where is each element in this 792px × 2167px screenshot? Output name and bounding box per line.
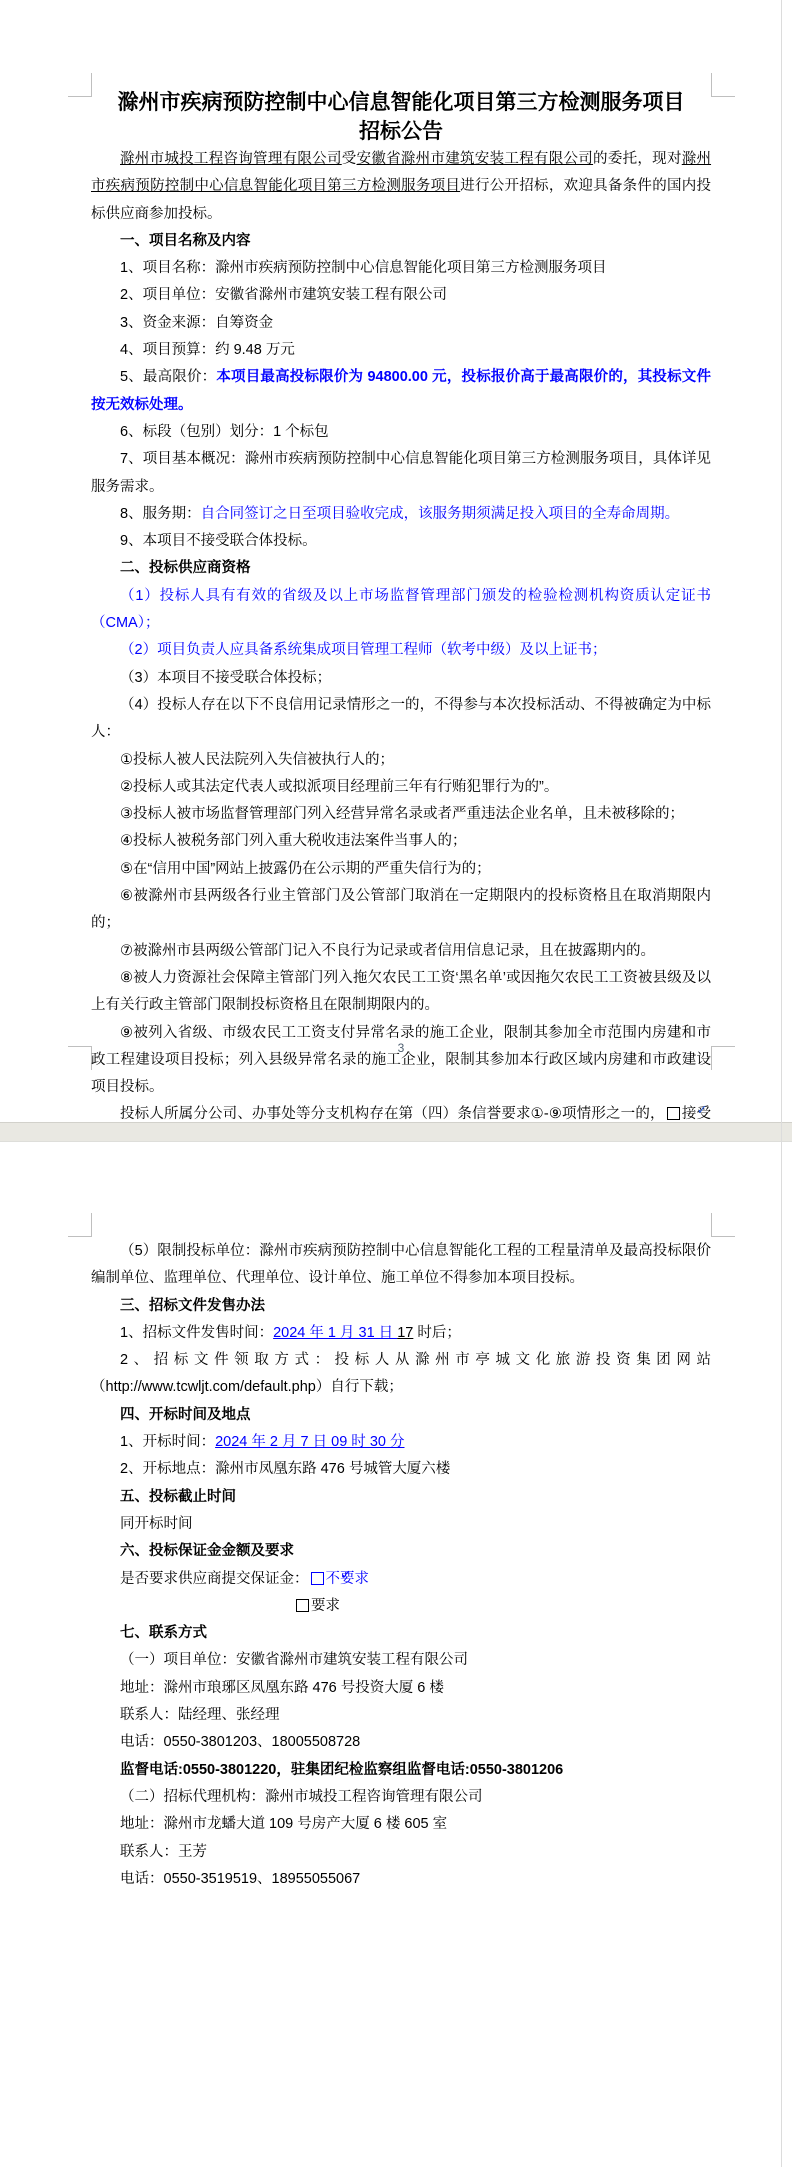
text-run: 2024 年 2 月 7 日 09 时 30 分 bbox=[215, 1434, 404, 1450]
page-2-body: （5）限制投标单位：滁州市疾病预防控制中心信息智能化工程的工程量清单及最高投标限… bbox=[91, 1238, 711, 1893]
paragraph: 要求 bbox=[91, 1593, 711, 1620]
text-run: 2、项目单位：安徽省滁州市建筑安装工程有限公司 bbox=[120, 287, 447, 303]
section-heading: 二、投标供应商资格 bbox=[91, 555, 711, 582]
text-run: 7、项目基本概况：滁州市疾病预防控制中心信息智能化项目第三方检测服务项目，具体详… bbox=[91, 451, 711, 494]
section-heading: 五、投标截止时间 bbox=[91, 1484, 711, 1511]
text-run: 2024 年 1 月 31 日 bbox=[273, 1325, 397, 1341]
paragraph: ③投标人被市场监督管理部门列入经营异常名录或者严重违法企业名单，且未被移除的； bbox=[91, 801, 711, 828]
text-run: 地址：滁州市龙蟠大道 109 号房产大厦 6 楼 605 室 bbox=[120, 1816, 447, 1832]
text-run: ⑥被滁州市县两级各行业主管部门及公管部门取消在一定期限内的投标资格且在取消期限内… bbox=[91, 888, 711, 931]
paragraph: ⑥被滁州市县两级各行业主管部门及公管部门取消在一定期限内的投标资格且在取消期限内… bbox=[91, 883, 711, 938]
paragraph: ④投标人被税务部门列入重大税收违法案件当事人的； bbox=[91, 828, 711, 855]
paragraph: 3、资金来源：自筹资金 bbox=[91, 310, 711, 337]
paragraph: （5）限制投标单位：滁州市疾病预防控制中心信息智能化工程的工程量清单及最高投标限… bbox=[91, 1238, 711, 1293]
text-run: 3、资金来源：自筹资金 bbox=[120, 315, 273, 331]
text-run: ①投标人被人民法院列入失信被执行人的； bbox=[120, 752, 394, 768]
paragraph: 6、标段（包别）划分：1 个标包 bbox=[91, 419, 711, 446]
text-run: ⑨被列入省级、市级农民工工资支付异常名录的施工企业，限制其参加全市范围内房建和市… bbox=[91, 1025, 711, 1096]
page-2-text-area: （5）限制投标单位：滁州市疾病预防控制中心信息智能化工程的工程量清单及最高投标限… bbox=[91, 1238, 711, 1893]
section-heading: 七、联系方式 bbox=[91, 1620, 711, 1647]
text-run: 七、联系方式 bbox=[120, 1625, 207, 1641]
checkbox-checked[interactable]: ✓ bbox=[667, 1107, 680, 1120]
section-heading: 四、开标时间及地点 bbox=[91, 1402, 711, 1429]
text-run: ⑦被滁州市县两级公管部门记入不良行为记录或者信用信息记录，且在披露期内的。 bbox=[120, 943, 655, 959]
paragraph: 9、本项目不接受联合体投标。 bbox=[91, 528, 711, 555]
paragraph: 滁州市城投工程咨询管理有限公司受安徽省滁州市建筑安装工程有限公司的委托，现对滁州… bbox=[91, 146, 711, 228]
text-run: 同开标时间 bbox=[120, 1516, 193, 1532]
text-run: 投标人所属分公司、办事处等分支机构存在第（四）条信誉要求①-⑨项情形之一的， bbox=[120, 1106, 665, 1122]
checkbox-unchecked[interactable] bbox=[296, 1599, 309, 1612]
document-title-line-1: 滁州市疾病预防控制中心信息智能化项目第三方检测服务项目 bbox=[91, 88, 711, 117]
text-run: 一、项目名称及内容 bbox=[120, 233, 251, 249]
paragraph: ⑨被列入省级、市级农民工工资支付异常名录的施工企业，限制其参加全市范围内房建和市… bbox=[91, 1020, 711, 1102]
document-page-2: （5）限制投标单位：滁州市疾病预防控制中心信息智能化工程的工程量清单及最高投标限… bbox=[0, 1142, 792, 2167]
paragraph: 8、服务期：自合同签订之日至项目验收完成，该服务期须满足投入项目的全寿命周期。 bbox=[91, 501, 711, 528]
text-run: 要求 bbox=[311, 1598, 340, 1614]
text-run: 6、标段（包别）划分：1 个标包 bbox=[120, 424, 329, 440]
margin-crop-mark bbox=[711, 1213, 735, 1237]
paragraph: 联系人：王芳 bbox=[91, 1839, 711, 1866]
text-run: 滁州市城投工程咨询管理有限公司 bbox=[120, 151, 342, 167]
paragraph: 1、开标时间：2024 年 2 月 7 日 09 时 30 分 bbox=[91, 1429, 711, 1456]
text-run: 的委托，现对 bbox=[593, 151, 682, 167]
paragraph: 同开标时间 bbox=[91, 1511, 711, 1538]
text-run: 1、项目名称：滁州市疾病预防控制中心信息智能化项目第三方检测服务项目 bbox=[120, 260, 607, 276]
text-run: 三、招标文件发售办法 bbox=[120, 1298, 265, 1314]
text-run: （3）本项目不接受联合体投标； bbox=[120, 670, 331, 686]
page-separator bbox=[0, 1122, 792, 1142]
text-run: ④投标人被税务部门列入重大税收违法案件当事人的； bbox=[120, 833, 467, 849]
text-run: （一）项目单位：安徽省滁州市建筑安装工程有限公司 bbox=[120, 1652, 468, 1668]
section-heading: 六、投标保证金金额及要求 bbox=[91, 1538, 711, 1565]
paragraph: 地址：滁州市龙蟠大道 109 号房产大厦 6 楼 605 室 bbox=[91, 1811, 711, 1838]
paragraph: 1、招标文件发售时间：2024 年 1 月 31 日 17 时后； bbox=[91, 1320, 711, 1347]
paragraph: 地址：滁州市琅琊区凤凰东路 476 号投资大厦 6 楼 bbox=[91, 1675, 711, 1702]
paragraph: 监督电话:0550-3801220，驻集团纪检监察组监督电话:0550-3801… bbox=[91, 1757, 711, 1784]
text-run: （二）招标代理机构：滁州市城投工程咨询管理有限公司 bbox=[120, 1789, 483, 1805]
text-run: 2、招标文件领取方式：投标人从滁州市亭城文化旅游投资集团网站（http://ww… bbox=[91, 1352, 711, 1395]
text-run: 监督电话:0550-3801220，驻集团纪检监察组监督电话:0550-3801… bbox=[120, 1762, 563, 1778]
text-run: 联系人：陆经理、张经理 bbox=[120, 1707, 280, 1723]
text-run: 1、开标时间： bbox=[120, 1434, 215, 1450]
section-heading: 三、招标文件发售办法 bbox=[91, 1293, 711, 1320]
margin-crop-mark bbox=[68, 1046, 92, 1070]
document-title-line-2: 招标公告 bbox=[91, 117, 711, 146]
paragraph: ⑦被滁州市县两级公管部门记入不良行为记录或者信用信息记录，且在披露期内的。 bbox=[91, 938, 711, 965]
text-run: 联系人：王芳 bbox=[120, 1844, 207, 1860]
text-run: 安徽省滁州市建筑安装工程有限公司 bbox=[357, 151, 594, 167]
paragraph: 2、招标文件领取方式：投标人从滁州市亭城文化旅游投资集团网站（http://ww… bbox=[91, 1347, 711, 1402]
text-run: 自合同签订之日至项目验收完成，该服务期须满足投入项目的全寿命周期。 bbox=[201, 506, 680, 522]
paragraph: （2）项目负责人应具备系统集成项目管理工程师（软考中级）及以上证书； bbox=[91, 637, 711, 664]
paragraph: 4、项目预算：约 9.48 万元 bbox=[91, 337, 711, 364]
text-run: 1、招标文件发售时间： bbox=[120, 1325, 273, 1341]
text-run: 4、项目预算：约 9.48 万元 bbox=[120, 342, 295, 358]
paragraph: 2、项目单位：安徽省滁州市建筑安装工程有限公司 bbox=[91, 282, 711, 309]
text-run: 是否要求供应商提交保证金： bbox=[120, 1571, 309, 1587]
text-run: 9、本项目不接受联合体投标。 bbox=[120, 533, 317, 549]
text-run: 四、开标时间及地点 bbox=[120, 1407, 251, 1423]
page-number: 3 bbox=[91, 1041, 711, 1055]
paragraph: （1）投标人具有有效的省级及以上市场监督管理部门颁发的检验检测机构资质认定证书（… bbox=[91, 583, 711, 638]
paragraph: 1、项目名称：滁州市疾病预防控制中心信息智能化项目第三方检测服务项目 bbox=[91, 255, 711, 282]
paragraph: （一）项目单位：安徽省滁州市建筑安装工程有限公司 bbox=[91, 1647, 711, 1674]
paragraph: 7、项目基本概况：滁州市疾病预防控制中心信息智能化项目第三方检测服务项目，具体详… bbox=[91, 446, 711, 501]
paragraph: 电话：0550-3801203、18005508728 bbox=[91, 1729, 711, 1756]
check-icon: ✓ bbox=[312, 1568, 352, 1581]
paragraph: ②投标人或其法定代表人或拟派项目经理前三年有行贿犯罪行为的”。 bbox=[91, 774, 711, 801]
margin-crop-mark bbox=[711, 73, 735, 97]
check-icon: ✓ bbox=[668, 1103, 708, 1116]
text-run: （5）限制投标单位：滁州市疾病预防控制中心信息智能化工程的工程量清单及最高投标限… bbox=[91, 1243, 711, 1286]
paragraph: （二）招标代理机构：滁州市城投工程咨询管理有限公司 bbox=[91, 1784, 711, 1811]
text-run: ②投标人或其法定代表人或拟派项目经理前三年有行贿犯罪行为的”。 bbox=[120, 779, 558, 795]
paragraph: 投标人所属分公司、办事处等分支机构存在第（四）条信誉要求①-⑨项情形之一的，✓接… bbox=[91, 1101, 711, 1122]
text-run: 电话：0550-3519519、18955055067 bbox=[120, 1871, 360, 1887]
section-heading: 一、项目名称及内容 bbox=[91, 228, 711, 255]
checkbox-checked[interactable]: ✓ bbox=[311, 1572, 324, 1585]
page-1-body: 滁州市城投工程咨询管理有限公司受安徽省滁州市建筑安装工程有限公司的委托，现对滁州… bbox=[91, 146, 711, 1122]
text-run: 受 bbox=[342, 151, 357, 167]
text-run: 2、开标地点：滁州市凤凰东路 476 号城管大厦六楼 bbox=[120, 1461, 450, 1477]
paragraph: 5、最高限价：本项目最高投标限价为 94800.00 元，投标报价高于最高限价的… bbox=[91, 364, 711, 419]
margin-crop-mark bbox=[68, 1213, 92, 1237]
text-run: 六、投标保证金金额及要求 bbox=[120, 1543, 294, 1559]
paragraph: 是否要求供应商提交保证金：✓不要求 bbox=[91, 1566, 711, 1593]
page-1-text-area: 滁州市疾病预防控制中心信息智能化项目第三方检测服务项目 招标公告 滁州市城投工程… bbox=[91, 88, 711, 1122]
document-page-1: 滁州市疾病预防控制中心信息智能化项目第三方检测服务项目 招标公告 滁州市城投工程… bbox=[0, 0, 792, 1122]
viewport-right-edge bbox=[781, 0, 782, 2167]
text-run: （2）项目负责人应具备系统集成项目管理工程师（软考中级）及以上证书； bbox=[120, 642, 607, 658]
text-run: （1）投标人具有有效的省级及以上市场监督管理部门颁发的检验检测机构资质认定证书（… bbox=[91, 588, 711, 631]
margin-crop-mark bbox=[68, 73, 92, 97]
paragraph: 2、开标地点：滁州市凤凰东路 476 号城管大厦六楼 bbox=[91, 1456, 711, 1483]
text-run: 地址：滁州市琅琊区凤凰东路 476 号投资大厦 6 楼 bbox=[120, 1680, 444, 1696]
paragraph: 电话：0550-3519519、18955055067 bbox=[91, 1866, 711, 1893]
text-run: 二、投标供应商资格 bbox=[120, 560, 251, 576]
text-run: 电话：0550-3801203、18005508728 bbox=[120, 1734, 360, 1750]
text-run: 17 bbox=[397, 1325, 413, 1341]
paragraph: 联系人：陆经理、张经理 bbox=[91, 1702, 711, 1729]
paragraph: ⑤在“信用中国”网站上披露仍在公示期的严重失信行为的； bbox=[91, 856, 711, 883]
text-run: 时后； bbox=[413, 1325, 461, 1341]
text-run: 5、最高限价： bbox=[120, 369, 216, 385]
paragraph: ①投标人被人民法院列入失信被执行人的； bbox=[91, 747, 711, 774]
text-run: 8、服务期： bbox=[120, 506, 201, 522]
paragraph: （3）本项目不接受联合体投标； bbox=[91, 665, 711, 692]
paragraph: ⑧被人力资源社会保障主管部门列入拖欠农民工工资‘黑名单’或因拖欠农民工工资被县级… bbox=[91, 965, 711, 1020]
text-run: （4）投标人存在以下不良信用记录情形之一的，不得参与本次投标活动、不得被确定为中… bbox=[91, 697, 711, 740]
text-run: ⑤在“信用中国”网站上披露仍在公示期的严重失信行为的； bbox=[120, 861, 491, 877]
text-run: ③投标人被市场监督管理部门列入经营异常名录或者严重违法企业名单，且未被移除的； bbox=[120, 806, 684, 822]
document-viewport: 滁州市疾病预防控制中心信息智能化项目第三方检测服务项目 招标公告 滁州市城投工程… bbox=[0, 0, 792, 2167]
paragraph: （4）投标人存在以下不良信用记录情形之一的，不得参与本次投标活动、不得被确定为中… bbox=[91, 692, 711, 747]
text-run: ⑧被人力资源社会保障主管部门列入拖欠农民工工资‘黑名单’或因拖欠农民工工资被县级… bbox=[91, 970, 711, 1013]
margin-crop-mark bbox=[711, 1046, 735, 1070]
text-run: 五、投标截止时间 bbox=[120, 1489, 236, 1505]
